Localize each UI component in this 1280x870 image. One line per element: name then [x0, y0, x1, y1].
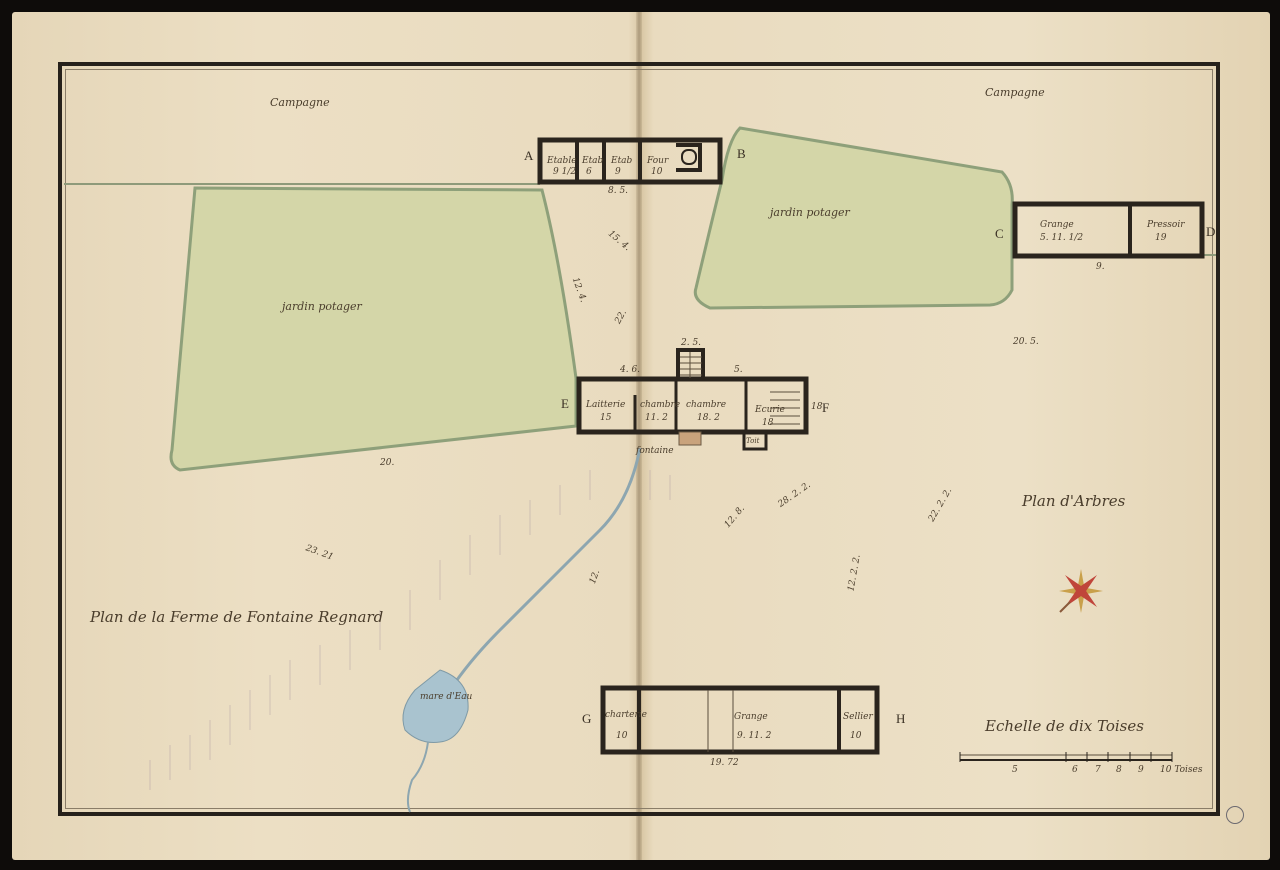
scale-title: Echelle de dix Toises: [985, 717, 1144, 735]
room-grange-gh: Grange: [734, 712, 768, 722]
letter-g: G: [582, 711, 591, 727]
garden-label-left: jardin potager: [282, 300, 362, 313]
slope-hatching: [150, 470, 670, 790]
pond: [403, 670, 468, 743]
stream: [450, 448, 640, 690]
map-title: Plan de la Ferme de Fontaine Regnard: [90, 608, 383, 626]
room-etable: Etable: [547, 156, 577, 166]
letter-b: B: [737, 146, 746, 162]
room-ecurie: Ecurie: [755, 405, 785, 415]
room-toit: Toit: [746, 437, 759, 445]
letter-c: C: [995, 226, 1004, 242]
room-etab-1: Etab: [582, 156, 603, 166]
library-stamp-icon: [1226, 806, 1244, 824]
letter-f: F: [822, 400, 829, 416]
garden-label-right: jardin potager: [770, 206, 850, 219]
room-chambre-1: chambre: [640, 400, 680, 410]
field-label-right: Campagne: [985, 86, 1045, 99]
fountain-label: fontaine: [636, 446, 674, 456]
scale-bar: [960, 752, 1172, 762]
letter-h: H: [896, 711, 905, 727]
map-drawing: [0, 0, 1280, 870]
building-cd: [1015, 204, 1202, 256]
orchard-label: Plan d'Arbres: [1022, 492, 1125, 510]
letter-e: E: [561, 396, 569, 412]
room-chambre-2: chambre: [686, 400, 726, 410]
room-pressoir: Pressoir: [1147, 220, 1185, 230]
field-label-left: Campagne: [270, 96, 330, 109]
letter-d: D: [1206, 224, 1215, 240]
pond-label: mare d'Eau: [420, 692, 472, 702]
room-sellier: Sellier: [843, 712, 873, 722]
room-four: Four: [647, 156, 668, 166]
room-grange-cd: Grange: [1040, 220, 1074, 230]
letter-a: A: [524, 148, 533, 164]
room-etab-2: Etab: [611, 156, 632, 166]
room-charterie: charterie: [605, 710, 647, 720]
room-laitterie: Laitterie: [586, 400, 625, 410]
garden-left-shape: [171, 188, 576, 470]
